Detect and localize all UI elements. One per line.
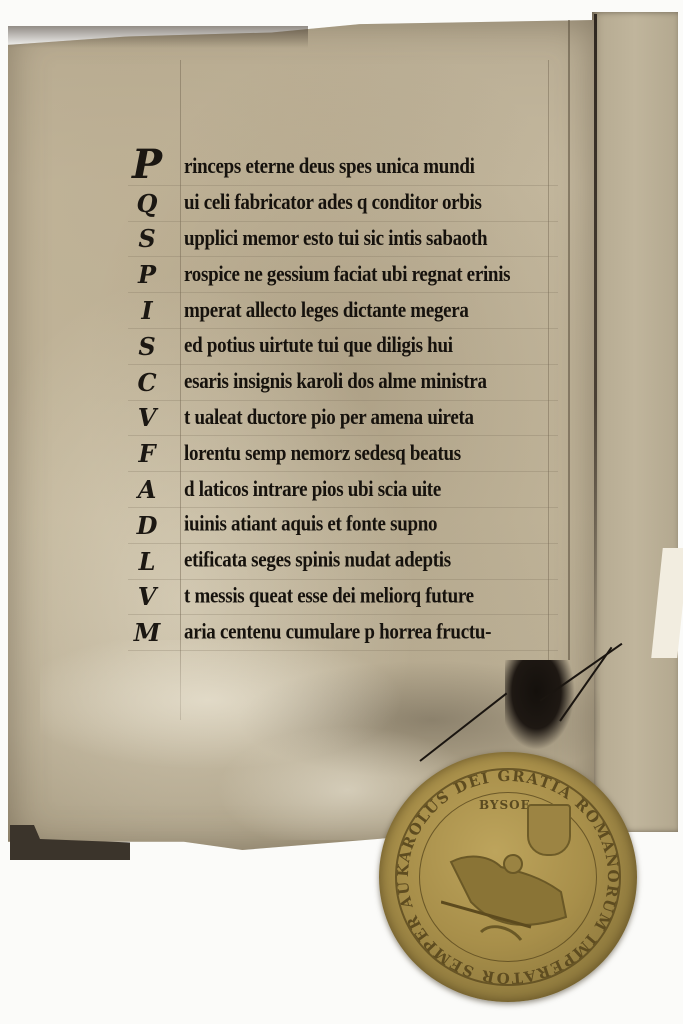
seal-cord-knot — [505, 660, 575, 750]
verse-initial: L — [128, 547, 166, 576]
verse-line: F lorentu semp nemorz sedesq beatus — [128, 436, 558, 472]
verse-initial: D — [128, 511, 166, 540]
equestrian-figure-icon — [441, 832, 581, 942]
seal-inner-mark: BYSOE — [479, 798, 531, 812]
verse-line: A d laticos intrare pios ubi scia uite — [128, 472, 558, 508]
verse-initial: V — [128, 582, 166, 611]
imperial-seal: KAROLUS DEI GRATIA ROMANORUM IMPERATOR S… — [379, 752, 637, 1002]
verse-line: D iuinis atiant aquis et fonte supno — [128, 508, 558, 544]
folded-margin-strip — [592, 12, 678, 832]
verse-line: P rospice ne gessium faciat ubi regnat e… — [128, 257, 558, 293]
verse-text: rospice ne gessium faciat ubi regnat eri… — [166, 262, 510, 287]
verse-line: C esaris insignis karoli dos alme minist… — [128, 365, 558, 401]
verse-initial: S — [128, 224, 166, 253]
verse-initial: F — [128, 439, 166, 468]
verse-line: S ed potius uirtute tui que diligis hui — [128, 329, 558, 365]
manuscript-photograph: P rinceps eterne deus spes unica mundi Q… — [0, 0, 683, 1024]
verse-line: L etificata seges spinis nudat adeptis — [128, 544, 558, 580]
verse-text: ed potius uirtute tui que diligis hui — [166, 334, 453, 359]
verse-text: aria centenu cumulare p horrea fructu- — [166, 620, 491, 645]
verse-text: iuinis atiant aquis et fonte supno — [166, 513, 437, 538]
verse-line: V t ualeat ductore pio per amena uireta — [128, 401, 558, 437]
verse-line: M aria centenu cumulare p horrea fructu- — [128, 615, 558, 651]
verse-initial: S — [128, 332, 166, 361]
verse-text: t messis queat esse dei meliorq future — [166, 584, 474, 609]
verse-initial: C — [128, 368, 166, 397]
fold-crease-inner — [568, 20, 570, 660]
verse-initial: Q — [128, 189, 166, 218]
verse-text: t ualeat ductore pio per amena uireta — [166, 405, 474, 430]
verse-line: S upplici memor esto tui sic intis sabao… — [128, 222, 558, 258]
verse-initial: V — [128, 403, 166, 432]
verse-text: lorentu semp nemorz sedesq beatus — [166, 441, 461, 466]
verse-line: I mperat allecto leges dictante megera — [128, 293, 558, 329]
fold-crease-right — [594, 14, 597, 654]
verse-text: etificata seges spinis nudat adeptis — [166, 549, 451, 574]
verse-initial: A — [128, 475, 166, 504]
verse-text: esaris insignis karoli dos alme ministra — [166, 370, 487, 395]
acrostic-verse-block: P rinceps eterne deus spes unica mundi Q… — [128, 150, 558, 651]
verse-text: mperat allecto leges dictante megera — [166, 298, 469, 323]
verse-text: upplici memor esto tui sic intis sabaoth — [166, 226, 487, 251]
verse-text: ui celi fabricator ades q conditor orbis — [166, 191, 482, 216]
verse-initial: P — [128, 260, 166, 289]
verse-initial: M — [128, 618, 166, 647]
verse-text: d laticos intrare pios ubi scia uite — [166, 477, 441, 502]
verse-initial: P — [128, 141, 166, 188]
verse-line: V t messis queat esse dei meliorq future — [128, 580, 558, 616]
verse-line: Q ui celi fabricator ades q conditor orb… — [128, 186, 558, 222]
verse-line: P rinceps eterne deus spes unica mundi — [128, 150, 558, 186]
parchment-top-edge-shadow — [8, 26, 308, 48]
verse-initial: I — [128, 296, 166, 325]
verse-text: rinceps eterne deus spes unica mundi — [166, 155, 475, 180]
